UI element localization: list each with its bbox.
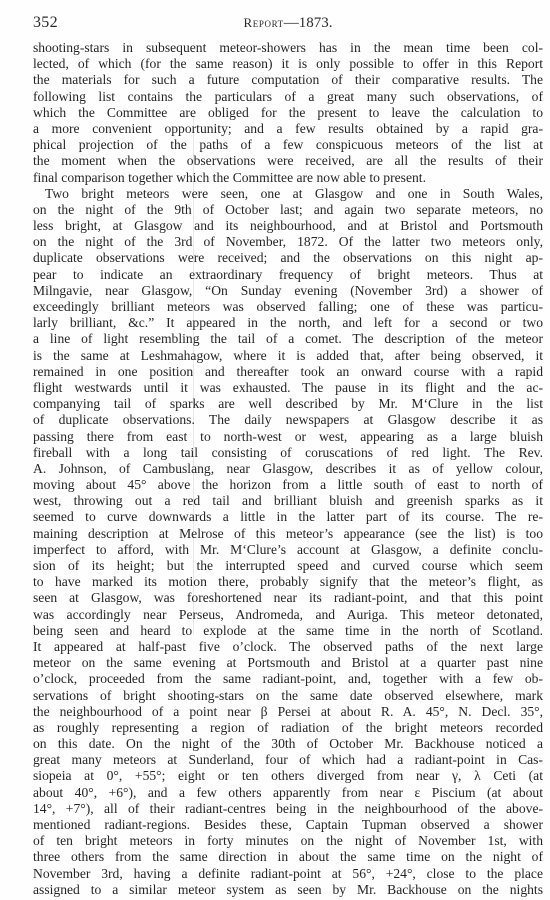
text-line: to have marked its motion there, probabl… [33,574,543,590]
body-text: shooting-stars in subsequent meteor-show… [33,40,543,898]
text-line: siopeia at 0°, +55°; eight or ten others… [33,768,543,784]
text-line: Milngavie, near Glasgow, “On Sunday even… [33,283,543,299]
text-line: the moment when the observations were re… [33,153,543,169]
text-line: phical projection of the paths of a few … [33,137,543,153]
text-line: sion of its height; but the interrupted … [33,558,543,574]
text-line: exceedingly brilliant meteors was observ… [33,299,543,315]
text-line: o’clock, proceeded from the same radiant… [33,671,543,687]
text-line: Two bright meteors were seen, one at Gla… [33,186,543,202]
text-line: about 40°, +6°), and a few others appare… [33,785,543,801]
text-line: duplicate observations were received; an… [33,250,543,266]
text-line: seemed to curve downwards a little in th… [33,509,543,525]
text-line: lected, of which (for the same reason) i… [33,56,543,72]
text-line: fireball with a long tail consisting of … [33,445,543,461]
text-line: 14°, +7°), all of their radiant-centres … [33,801,543,817]
text-line: November 3rd, having a definite radiant-… [33,866,543,882]
text-line: west, throwing out a red tail and brilli… [33,493,543,509]
text-line: imperfect to afford, with Mr. M‘Clure’s … [33,542,543,558]
text-line: on the night of the 9th of October last;… [33,202,543,218]
text-line: A. Johnson, of Cambuslang, near Glasgow,… [33,461,543,477]
text-line: on this date. On the night of the 30th o… [33,736,543,752]
text-line: being seen and heard to explode at the s… [33,623,543,639]
text-line: remained in one position and thereafter … [33,364,543,380]
running-title-smallcaps: Report [244,15,284,30]
text-line: passing there from east to north-west or… [33,429,543,445]
text-line: which the Committee are obliged for the … [33,105,543,121]
text-line: of ten bright meteors in forty minutes o… [33,833,543,849]
running-title-year: —1873. [284,15,333,31]
text-line: was accordingly near Perseus, Andromeda,… [33,607,543,623]
text-line: less bright, at Glasgow and its neighbou… [33,218,543,234]
text-line: following list contains the particulars … [33,89,543,105]
text-line: a more convenient opportunity; and a few… [33,121,543,137]
text-line: shooting-stars in subsequent meteor-show… [33,40,543,56]
text-line: mentioned radiant-regions. Besides these… [33,817,543,833]
text-line: meteor on the same evening at Portsmouth… [33,655,543,671]
text-line: maining description at Melrose of this m… [33,526,543,542]
text-line: is the same at Leshmahagow, where it is … [33,348,543,364]
text-line: seen at Glasgow, was foreshortened near … [33,590,543,606]
text-line: assigned to a similar meteor system as s… [33,882,543,898]
text-line: moving about 45° above the horizon from … [33,477,543,493]
text-line: pear to indicate an extraordinary freque… [33,267,543,283]
text-line: of duplicate observations. The daily new… [33,412,543,428]
text-line: final comparison together which the Comm… [33,170,543,186]
text-line: flight westwards until it was exhausted.… [33,380,543,396]
text-line: servations of bright shooting-stars on t… [33,688,543,704]
text-line: a line of light resembling the tail of a… [33,331,543,347]
text-line: the neighbourhood of a point near β Pers… [33,704,543,720]
text-line: on the night of the 3rd of November, 187… [33,234,543,250]
running-head: 352 Report—1873. [33,14,543,34]
text-line: the materials for such a future computat… [33,72,543,88]
text-line: companying tail of sparks are well descr… [33,396,543,412]
text-line: great many meteors at Sunderland, four o… [33,752,543,768]
running-title: Report—1873. [33,15,543,32]
text-line: It appeared at half-past five o’clock. T… [33,639,543,655]
scanned-page: 352 Report—1873. shooting-stars in subse… [0,0,550,900]
text-line: three others from the same direction in … [33,849,543,865]
text-line: as roughly representing a region of radi… [33,720,543,736]
text-line: larly brilliant, &c.” It appeared in the… [33,315,543,331]
